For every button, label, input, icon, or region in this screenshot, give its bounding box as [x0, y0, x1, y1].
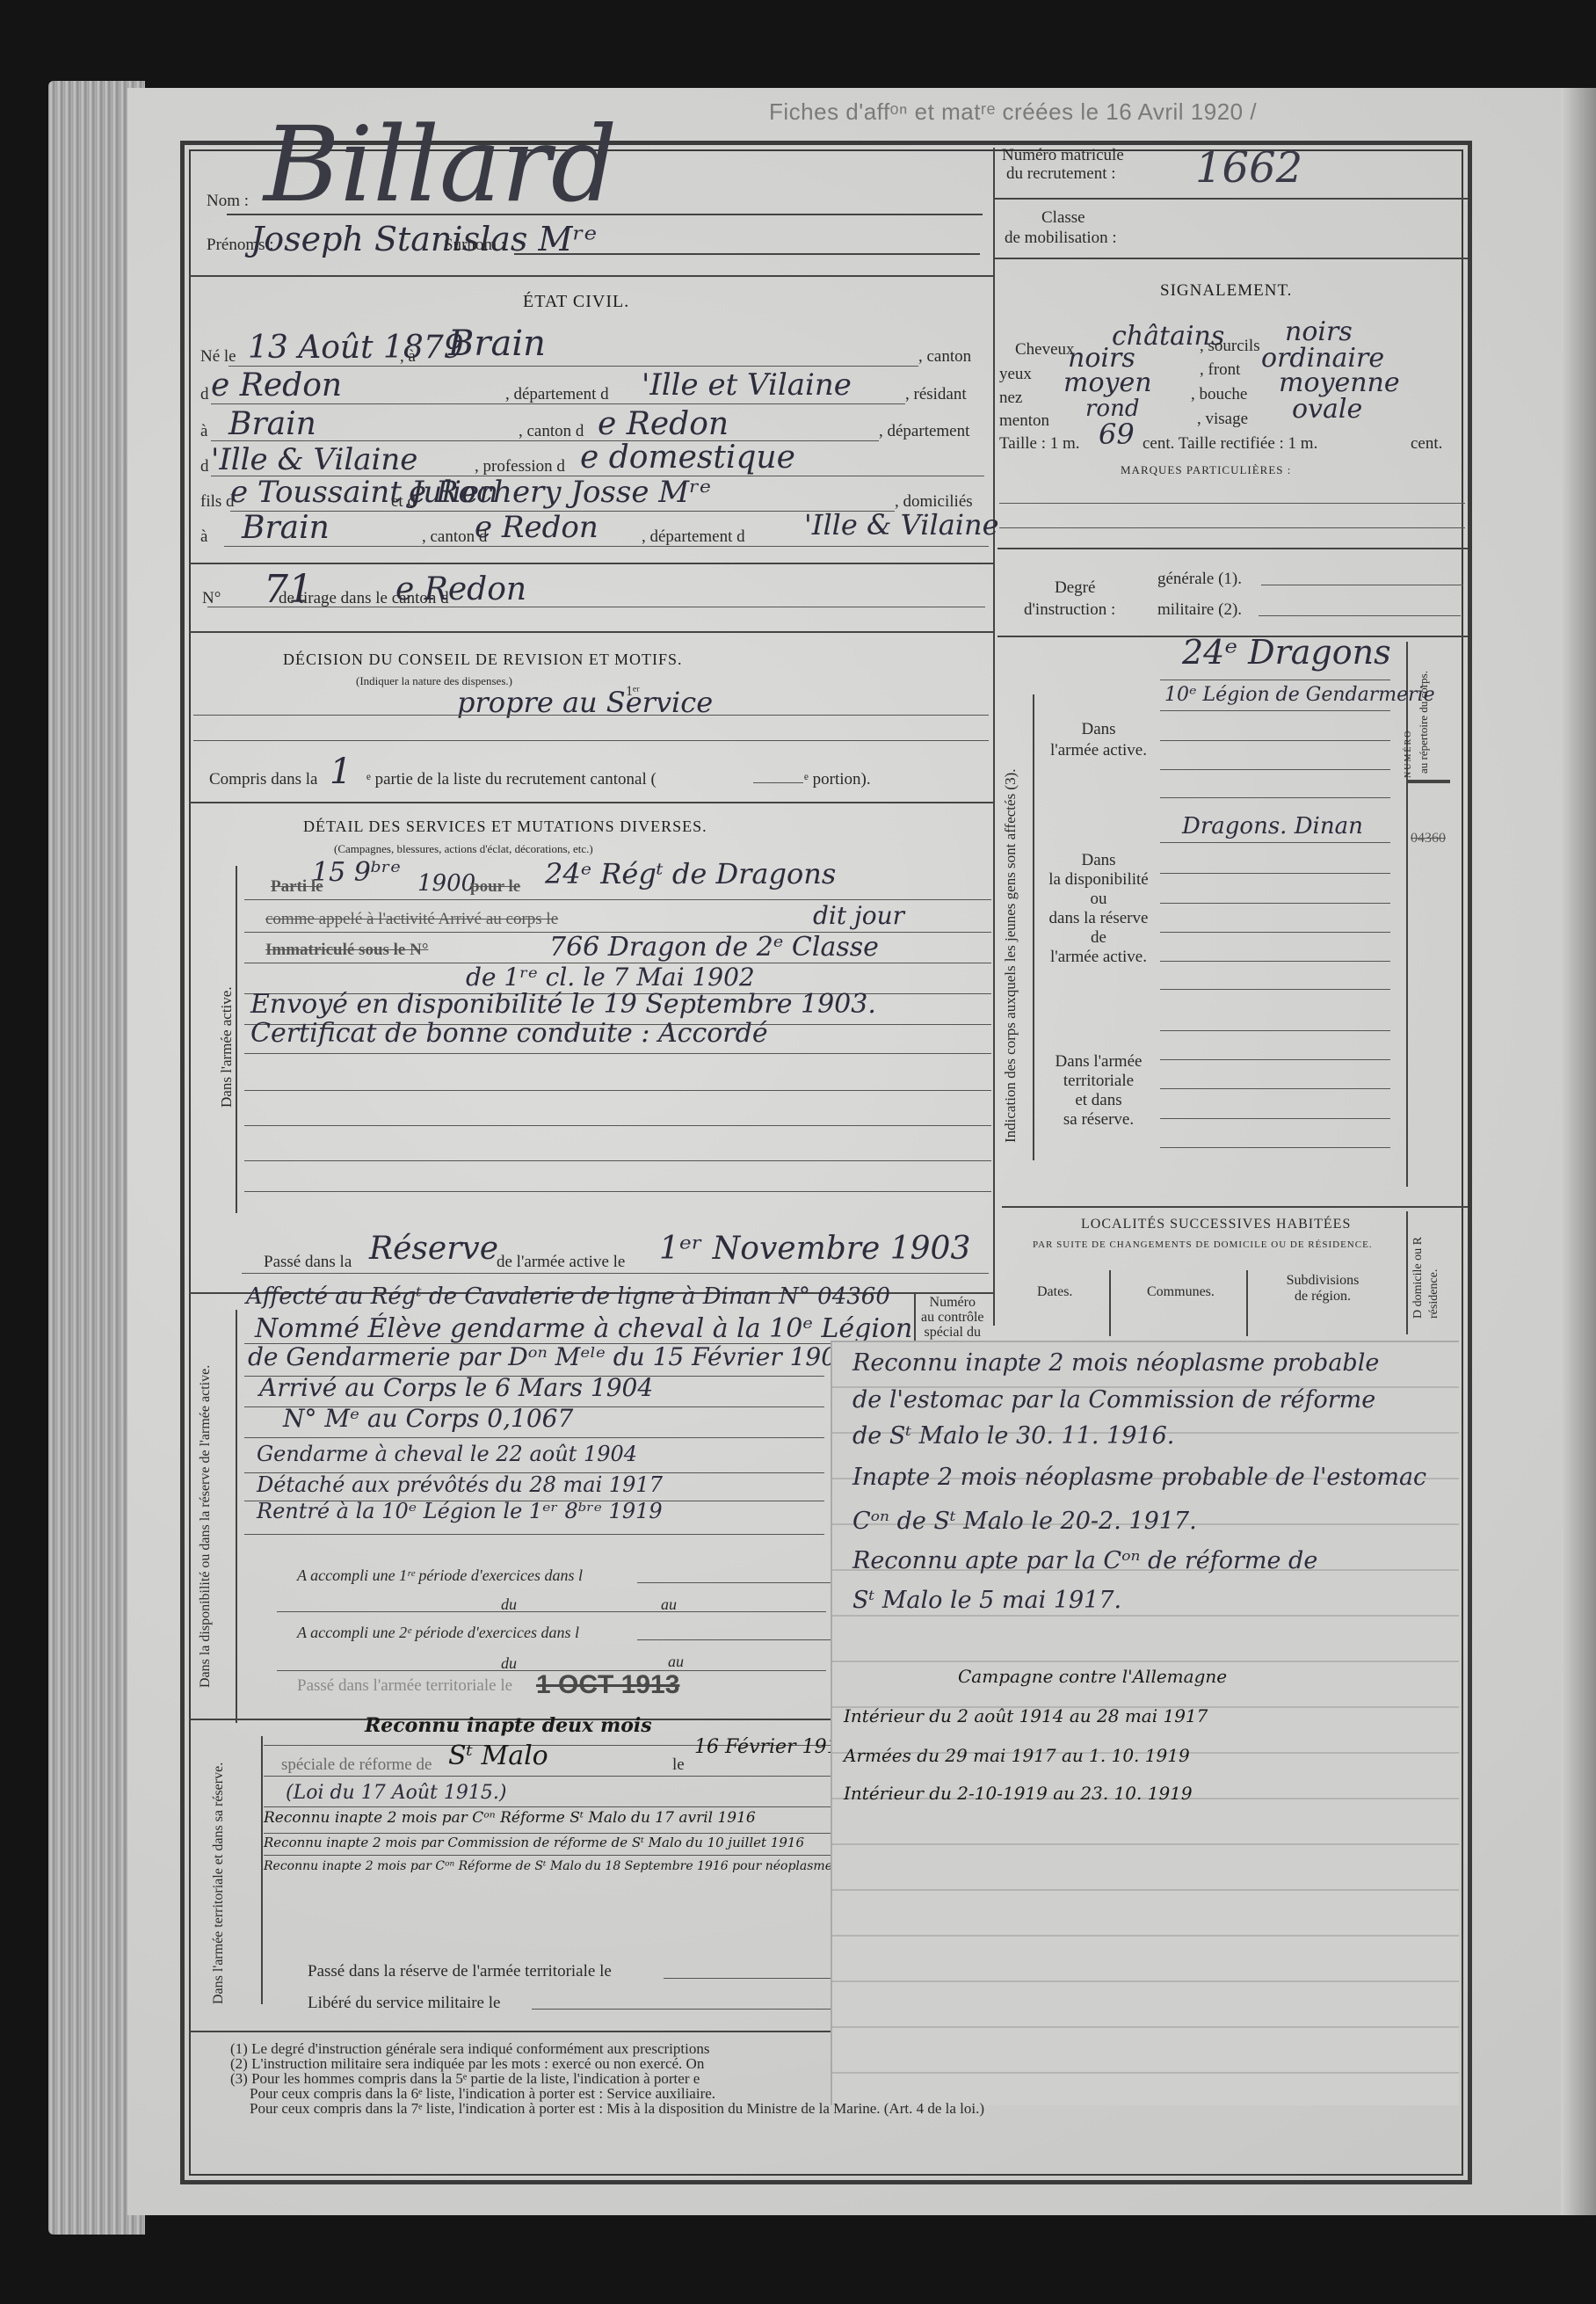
services-rule-7 — [244, 1090, 991, 1091]
footnote-3: (3) Pour les hommes compris dans la 5ᵉ p… — [230, 2071, 984, 2086]
reserve-rule-4 — [244, 1437, 824, 1438]
annex-line-6: Reconnu apte par la Cᵒⁿ de réforme de — [852, 1547, 1317, 1574]
taille-suffix: cent. Taille rectifiée : 1 m. — [1143, 434, 1317, 454]
profession-value: e domestique — [580, 440, 795, 476]
degre-label: Degré — [1055, 578, 1095, 598]
fils-label: fils d — [200, 492, 235, 512]
services-rule-8 — [244, 1125, 991, 1126]
taille-rect-suffix: cent. — [1411, 434, 1442, 454]
campagne-heading: Campagne contre l'Allemagne — [958, 1666, 1227, 1687]
corps-active-line-4 — [1160, 769, 1390, 770]
footnote-1: (1) Le degré d'instruction générale sera… — [230, 2041, 984, 2056]
footnotes: (1) Le degré d'instruction générale sera… — [230, 2041, 984, 2116]
periode-2-label: A accompli une 2ᵉ période d'exercices da… — [297, 1624, 579, 1642]
services-rule-6 — [244, 1053, 991, 1054]
reforme-label: spéciale de réforme de — [281, 1755, 432, 1775]
passe-territoriale-label: Passé dans l'armée territoriale le — [297, 1676, 512, 1696]
ne-a-label: , à — [400, 347, 416, 367]
footnote-divider — [189, 2031, 831, 2032]
decision-heading: DÉCISION DU CONSEIL DE REVISION ET MOTIF… — [283, 650, 683, 669]
corps-dispo-numero: 04360 — [1411, 831, 1446, 847]
periode-2-line — [637, 1639, 831, 1640]
ne-le-line — [229, 366, 918, 367]
canton-naissance-value: e Redon — [211, 367, 342, 403]
header-stamp: Fiches d'affᵒⁿ et matʳᵉ créées le 16 Avr… — [769, 98, 1257, 126]
territoriale-line-2: Reconnu inapte 2 mois par Commission de … — [264, 1835, 804, 1850]
reserve-line-6: Gendarme à cheval le 22 août 1904 — [257, 1442, 637, 1466]
annex-line-4: Inapte 2 mois néoplasme probable de l'es… — [852, 1464, 1426, 1491]
localites-heading: LOCALITÉS SUCCESSIVES HABITÉES — [1081, 1217, 1351, 1232]
compris-suffix: ᵉ partie de la liste du recrutement cant… — [366, 770, 657, 789]
corps-terr-label: Dans l'armée territoriale et dans sa rés… — [1046, 1052, 1151, 1130]
corps-dispo-label-5: de — [1037, 928, 1160, 948]
ne-le-label: Né le — [200, 347, 236, 367]
reserve-line-5: N° Mᵉ au Corps 0,1067 — [283, 1404, 573, 1433]
corps-dispo-label: Dans la disponibilité ou dans la réserve… — [1037, 851, 1160, 967]
reserve-line-4: Arrivé au Corps le 6 Mars 1904 — [259, 1373, 653, 1402]
passe-reserve-territoriale-label: Passé dans la réserve de l'armée territo… — [308, 1962, 612, 1981]
canton-line — [211, 403, 905, 404]
immatricule-value: 766 Dragon de 2ᵉ Classe — [549, 932, 879, 963]
periode-2-au-label: au — [668, 1653, 684, 1671]
numero-matricule-label-2: du recrutement : — [1006, 164, 1116, 184]
footnote-2: (2) L'instruction militaire sera indiqué… — [230, 2056, 984, 2071]
classe-divider — [993, 258, 1468, 259]
reserve-line-3: de Gendarmerie par Dᵒⁿ Mᵉˡᵉ du 15 Févrie… — [248, 1342, 852, 1371]
services-rule-10 — [244, 1191, 991, 1192]
numero-controle-line-1: Numéro — [921, 1295, 984, 1310]
residant-canton-value: e Redon — [598, 406, 729, 442]
portion-line — [753, 782, 803, 783]
annex-line-7: Sᵗ Malo le 5 mai 1917. — [852, 1587, 1121, 1614]
numero-controle-label: Numéro au contrôle spécial du — [921, 1295, 984, 1340]
departement-label: , département d — [505, 385, 609, 404]
territoriale-side-label: Dans l'armée territoriale et dans sa rés… — [211, 1763, 227, 2004]
corps-dispo-label-6: l'armée active. — [1037, 948, 1160, 967]
reserve-side-label: Dans la disponibilité ou dans la réserve… — [198, 1365, 214, 1688]
corps-dispo-label-1: Dans — [1037, 851, 1160, 870]
territoriale-rule-5 — [264, 1855, 831, 1856]
tirage-no-label: N° — [202, 589, 221, 608]
localites-col-dates: Dates. — [1037, 1284, 1072, 1300]
nom-line — [227, 214, 983, 215]
corps-dispo-line-2 — [1160, 873, 1390, 874]
territoriale-loi: (Loi du 17 Août 1915.) — [286, 1782, 506, 1804]
corps-terr-line-4 — [1160, 1118, 1390, 1119]
reserve-line-passe — [242, 1273, 989, 1274]
services-line-6: Certificat de bonne conduite : Accordé — [250, 1018, 768, 1049]
residant-a-label: à — [200, 422, 207, 441]
localites-col-divider-1 — [1109, 1270, 1111, 1336]
campagne-line-1: Intérieur du 2 août 1914 au 28 mai 1917 — [844, 1705, 1208, 1726]
generale-line — [1261, 585, 1463, 585]
localites-subheading: PAR SUITE DE CHANGEMENTS DE DOMICILE OU … — [1033, 1239, 1373, 1250]
corps-dispo-value-1: Dragons. Dinan — [1182, 813, 1363, 839]
corps-dispo-line-6 — [1160, 989, 1390, 990]
annex-line-1: Reconnu inapte 2 mois néoplasme probable — [852, 1349, 1379, 1377]
reserve-line-8: Rentré à la 10ᵉ Légion le 1ᵉʳ 8ᵇʳᵉ 1919 — [257, 1499, 663, 1523]
footnote-5: Pour ceux compris dans la 7ᵉ liste, l'in… — [230, 2101, 984, 2116]
dom-dept-value: 'Ille & Vilaine — [804, 508, 999, 541]
portion-suffix: ᵉ portion). — [804, 770, 871, 789]
campagne-line-3: Intérieur du 2-10-1919 au 23. 10. 1919 — [844, 1783, 1193, 1804]
surnom-label: Surnom : — [444, 236, 505, 255]
corps-terr-line-3 — [1160, 1088, 1390, 1089]
militaire-label: militaire (2). — [1157, 600, 1242, 620]
pour-le-label: pour le — [470, 877, 520, 897]
annex-line-3: de Sᵗ Malo le 30. 11. 1916. — [852, 1422, 1174, 1450]
corps-active-label-2: l'armée active. — [1046, 740, 1151, 761]
residant-value: Brain — [229, 406, 316, 442]
corps-numero-divider — [1406, 642, 1408, 1187]
corps-dispo-line-5 — [1160, 961, 1390, 962]
matricule-divider — [993, 198, 1468, 200]
residant-dept-label: , département — [879, 422, 969, 441]
numero-matricule-value: 1662 — [1195, 143, 1302, 193]
tirage-canton-value: e Redon — [395, 571, 526, 607]
canton-label: , canton — [918, 347, 971, 367]
corps-active-line-5 — [1160, 797, 1390, 798]
services-margin-line — [236, 866, 237, 1213]
corps-margin-line — [1033, 694, 1034, 1160]
marques-heading: MARQUES PARTICULIÈRES : — [1121, 463, 1291, 477]
front-label: , front — [1200, 360, 1240, 380]
arrive-value: dit jour — [813, 901, 904, 930]
menton-label: menton — [999, 411, 1049, 431]
services-line-4: de 1ʳᵉ cl. le 7 Mai 1902 — [466, 963, 755, 992]
corps-active-value-1: 24ᵉ Dragons — [1182, 633, 1391, 672]
dom-line — [224, 546, 989, 547]
passe-reserve-value: Réserve — [369, 1231, 498, 1267]
corps-dispo-label-2: la disponibilité — [1037, 870, 1160, 890]
libere-line — [532, 2009, 831, 2010]
compris-label: Compris dans la — [209, 770, 318, 789]
etat-civil-heading: ÉTAT CIVIL. — [523, 292, 629, 312]
nom-value: Billard — [264, 104, 617, 225]
corps-dispo-label-3: ou — [1037, 890, 1160, 909]
numero-repertoire-rule — [1406, 780, 1450, 783]
numero-repertoire-label-1: NUMÉRO — [1404, 730, 1413, 778]
services-subheading: (Campagnes, blessures, actions d'éclat, … — [334, 842, 593, 856]
corps-dispo-line-4 — [1160, 932, 1390, 933]
localites-col-communes: Communes. — [1147, 1284, 1215, 1300]
numero-controle-line-3: spécial du — [921, 1325, 984, 1340]
mere-value: e Rochery Josse Mʳᵉ — [409, 475, 711, 510]
corps-terr-label-2: territoriale — [1046, 1072, 1151, 1091]
tirage-divider — [189, 631, 993, 633]
corps-terr-line-5 — [1160, 1147, 1390, 1148]
appele-label: comme appelé à l'activité Arrivé au corp… — [265, 910, 558, 929]
nez-label: nez — [999, 389, 1022, 408]
parti-date-value: 15 9ᵇʳᵉ — [312, 857, 401, 888]
passe-reserve-date: 1ᵉʳ Novembre 1903 — [659, 1231, 970, 1267]
instruction-label: d'instruction : — [1024, 600, 1115, 620]
numero-controle-divider — [914, 1292, 916, 1341]
corps-active-line-3 — [1160, 740, 1390, 741]
services-line-1 — [244, 899, 991, 900]
reserve-rule-7 — [244, 1534, 824, 1535]
decision-mark: 1ᵉʳ — [626, 684, 640, 700]
campagne-line-2: Armées du 29 mai 1917 au 1. 10. 1919 — [844, 1745, 1190, 1766]
signalement-divider — [997, 548, 1468, 549]
column-divider — [993, 148, 995, 1326]
reserve-line-7: Détaché aux prévôtés du 28 mai 1917 — [257, 1472, 663, 1497]
page-curl-shadow — [1561, 88, 1596, 2215]
immatricule-label: Immatriculé sous le N° — [265, 941, 428, 960]
passe-reserve-territoriale-line — [664, 1978, 831, 1979]
reserve-line-2: Nommé Élève gendarme à cheval à la 10ᵉ L… — [255, 1313, 912, 1344]
annex-line-5: Cᵒⁿ de Sᵗ Malo le 20-2. 1917. — [852, 1508, 1197, 1535]
territoriale-rule-2 — [264, 1776, 831, 1777]
corps-terr-label-3: et dans — [1046, 1091, 1151, 1110]
residant-label: , résidant — [905, 385, 967, 404]
departement-naissance-value: 'Ille et Vilaine — [642, 367, 852, 403]
tirage-line — [207, 607, 985, 607]
generale-label: générale (1). — [1157, 570, 1242, 589]
canton-prefix: d — [200, 385, 209, 404]
de-armee-active-label: de l'armée active le — [497, 1253, 625, 1272]
bouche-label: , bouche — [1191, 385, 1247, 404]
libere-label: Libéré du service militaire le — [308, 1994, 500, 2013]
residant-dept-value: 'Ille & Vilaine — [211, 442, 417, 477]
periode-1-line — [637, 1582, 831, 1583]
decision-divider — [189, 802, 993, 803]
reforme-le-label: le — [672, 1755, 685, 1775]
dom-dept-label: , département d — [642, 527, 745, 547]
footnote-4: Pour ceux compris dans la 6ᵉ liste, l'in… — [230, 2086, 984, 2101]
marques-line-1 — [999, 503, 1465, 504]
lieu-naissance-value: Brain — [448, 323, 546, 364]
ne-le-value: 13 Août 1879 — [248, 330, 464, 366]
localites-col-divider-2 — [1246, 1270, 1248, 1336]
services-rule-9 — [244, 1160, 991, 1161]
numero-controle-line-2: au contrôle — [921, 1310, 984, 1325]
passe-reserve-label: Passé dans la — [264, 1253, 352, 1272]
corps-terr-line-1 — [1160, 1030, 1390, 1031]
corps-terr-label-1: Dans l'armée — [1046, 1052, 1151, 1072]
territoriale-rule-3 — [264, 1806, 831, 1807]
dom-canton-value: e Redon — [475, 510, 598, 545]
residant-canton-label: , canton d — [519, 422, 584, 441]
reforme-date-value: 16 Février 1917 — [694, 1736, 852, 1758]
etat-civil-divider — [189, 563, 993, 564]
localites-col-subdivisions: Subdivisions de région. — [1279, 1273, 1367, 1305]
territoriale-hand-1: Reconnu inapte deux mois — [365, 1714, 652, 1737]
services-side-label: Dans l'armée active. — [218, 986, 236, 1108]
corps-dispo-line-3 — [1160, 903, 1390, 904]
services-line-5: Envoyé en disponibilité le 19 Septembre … — [250, 989, 876, 1020]
localites-col-domicile: D domicile ou R résidence. — [1411, 1213, 1442, 1319]
nez-value: moyen — [1063, 367, 1152, 398]
territoriale-line-1: Reconnu inapte 2 mois par Cᵒⁿ Réforme Sᵗ… — [264, 1809, 756, 1827]
corps-dispo-label-4: dans la réserve — [1037, 909, 1160, 928]
yeux-label: yeux — [999, 365, 1032, 384]
territoriale-rule-4 — [264, 1833, 831, 1834]
regiment-value: 24ᵉ Régᵗ de Dragons — [545, 857, 836, 890]
territoriale-margin-line — [261, 1736, 263, 2004]
visage-value: ovale — [1292, 394, 1362, 425]
residant-dept-prefix: d — [200, 457, 209, 476]
numero-matricule-label: Numéro matricule — [1002, 146, 1124, 165]
surnom-line — [514, 253, 980, 255]
corps-active-line-2 — [1160, 710, 1390, 711]
decision-line-2 — [193, 740, 989, 741]
corps-terr-line-2 — [1160, 1059, 1390, 1060]
classe-label-2: de mobilisation : — [1005, 229, 1117, 248]
services-heading: DÉTAIL DES SERVICES ET MUTATIONS DIVERSE… — [303, 818, 707, 836]
corps-side-label: Indication des corps auxquels les jeunes… — [1002, 768, 1019, 1143]
corps-terr-label-4: sa réserve. — [1046, 1110, 1151, 1130]
decision-line-1 — [193, 715, 989, 716]
reforme-lieu-value: Sᵗ Malo — [448, 1741, 548, 1771]
annex-line-2: de l'estomac par la Commission de réform… — [852, 1386, 1375, 1414]
reserve-margin-line — [236, 1310, 237, 1723]
taille-value: 69 — [1099, 418, 1135, 451]
periode-1-label: A accompli une 1ʳᵉ période d'exercices d… — [297, 1566, 583, 1585]
profession-label: , profession d — [475, 457, 565, 476]
corps-active-line-1 — [1160, 680, 1390, 680]
corps-active-label: Dans l'armée active. — [1046, 719, 1151, 761]
corps-divider — [1002, 1206, 1468, 1208]
identity-divider — [189, 275, 993, 277]
marques-line-2 — [999, 527, 1465, 528]
periode-1-dates-line — [277, 1611, 826, 1612]
visage-label: , visage — [1197, 410, 1248, 429]
militaire-line — [1259, 615, 1461, 616]
reserve-line-1: Affecté au Régᵗ de Cavalerie de ligne à … — [246, 1283, 890, 1310]
cheveux-label: Cheveux — [1015, 340, 1075, 360]
taille-label: Taille : 1 m. — [999, 434, 1080, 454]
signalement-heading: SIGNALEMENT. — [1160, 281, 1292, 301]
dom-value: Brain — [242, 510, 330, 546]
dom-a-label: à — [200, 527, 207, 547]
classe-label: Classe — [1041, 208, 1085, 228]
localites-right-divider — [1406, 1211, 1408, 1334]
nom-label: Nom : — [207, 192, 249, 211]
corps-active-label-1: Dans — [1046, 719, 1151, 740]
compris-value: 1 — [330, 752, 352, 792]
corps-dispo-line-1 — [1160, 842, 1390, 843]
corps-active-value-2: 10ᵉ Légion de Gendarmerie — [1164, 684, 1435, 706]
parti-year-value: 1900 — [417, 870, 475, 897]
passe-territoriale-stamp: 1 OCT 1913 — [536, 1670, 679, 1700]
sourcils-label: , sourcils — [1200, 337, 1260, 356]
